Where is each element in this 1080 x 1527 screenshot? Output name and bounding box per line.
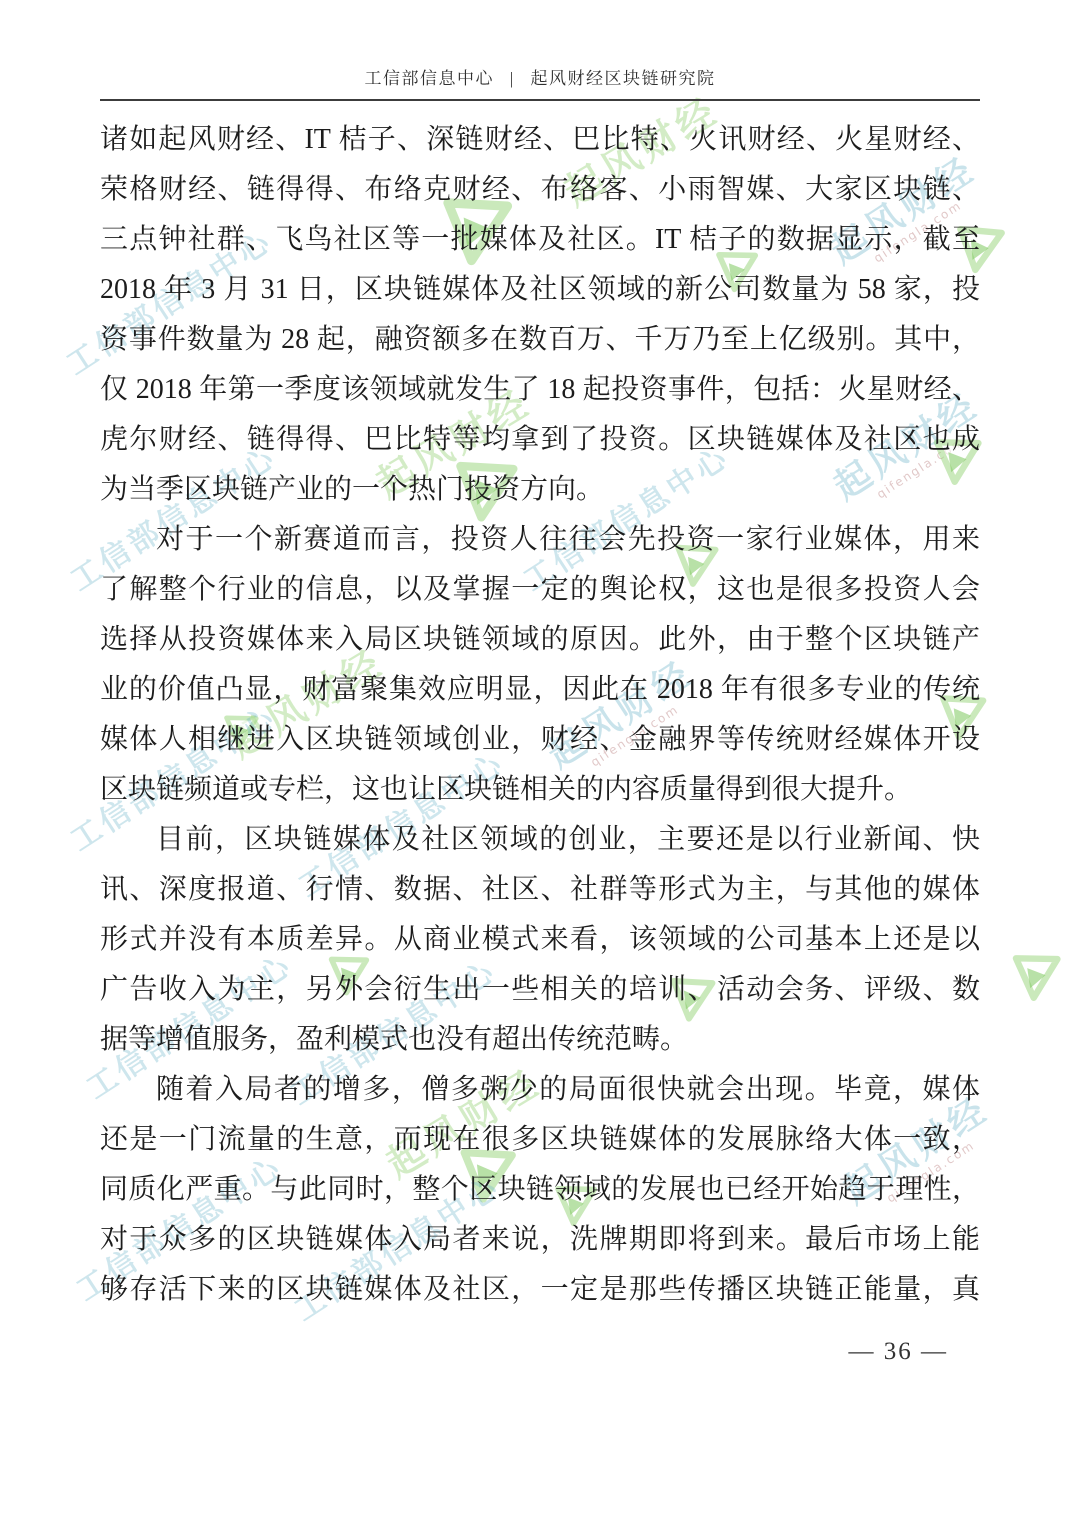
text-line: 形式并没有本质差异。从商业模式来看，该领域的公司基本上还是以	[100, 915, 980, 965]
page-header: 工信部信息中心 | 起风财经区块链研究院	[100, 64, 980, 89]
text-line: 对于众多的区块链媒体入局者来说，洗牌期即将到来。最后市场上能	[100, 1215, 980, 1265]
text-line: 选择从投资媒体来入局区块链领域的原因。此外，由于整个区块链产	[100, 615, 980, 665]
text-line: 2018 年 3 月 31 日，区块链媒体及社区领域的新公司数量为 58 家，投	[100, 265, 980, 315]
text-line: 对于一个新赛道而言，投资人往往会先投资一家行业媒体，用来	[100, 515, 980, 565]
header-separator: |	[510, 69, 515, 88]
page-footer: — 36 —	[100, 1338, 980, 1366]
brand-triangle-logo-watermark	[995, 941, 1069, 1015]
text-line: 区块链频道或专栏，这也让区块链相关的内容质量得到很大提升。	[100, 765, 980, 815]
text-line: 同质化严重。与此同时，整个区块链领域的发展也已经开始趋于理性，	[100, 1165, 980, 1215]
text-line: 资事件数量为 28 起，融资额多在数百万、千万乃至上亿级别。其中，	[100, 315, 980, 365]
text-line: 广告收入为主，另外会衍生出一些相关的培训、活动会务、评级、数	[100, 965, 980, 1015]
text-line: 据等增值服务，盈利模式也没有超出传统范畴。	[100, 1015, 980, 1065]
text-line: 业的价值凸显，财富聚集效应明显，因此在 2018 年有很多专业的传统	[100, 665, 980, 715]
text-line: 随着入局者的增多，僧多粥少的局面很快就会出现。毕竟，媒体	[100, 1065, 980, 1115]
text-line: 三点钟社群、飞鸟社区等一批媒体及社区。IT 桔子的数据显示，截至	[100, 215, 980, 265]
text-line: 虎尔财经、链得得、巴比特等均拿到了投资。区块链媒体及社区也成	[100, 415, 980, 465]
header-institute-name: 起风财经区块链研究院	[530, 69, 715, 88]
text-line: 诸如起风财经、IT 桔子、深链财经、巴比特、火讯财经、火星财经、	[100, 115, 980, 165]
text-line: 仅 2018 年第一季度该领域就发生了 18 起投资事件，包括：火星财经、	[100, 365, 980, 415]
text-line: 为当季区块链产业的一个热门投资方向。	[100, 465, 980, 515]
text-line: 够存活下来的区块链媒体及社区，一定是那些传播区块链正能量，真	[100, 1265, 980, 1315]
body-text: 诸如起风财经、IT 桔子、深链财经、巴比特、火讯财经、火星财经、荣格财经、链得得…	[100, 115, 980, 1315]
text-line: 媒体人相继进入区块链领域创业，财经、金融界等传统财经媒体开设	[100, 715, 980, 765]
text-line: 讯、深度报道、行情、数据、社区、社群等形式为主，与其他的媒体	[100, 865, 980, 915]
text-line: 了解整个行业的信息，以及掌握一定的舆论权，这也是很多投资人会	[100, 565, 980, 615]
text-line: 荣格财经、链得得、布络克财经、布络客、小雨智媒、大家区块链、	[100, 165, 980, 215]
header-org-name: 工信部信息中心	[365, 69, 495, 88]
page-number: — 36 —	[849, 1338, 949, 1365]
text-line: 还是一门流量的生意，而现在很多区块链媒体的发展脉络大体一致，	[100, 1115, 980, 1165]
header-rule	[100, 99, 980, 101]
text-line: 目前，区块链媒体及社区领域的创业，主要还是以行业新闻、快	[100, 815, 980, 865]
